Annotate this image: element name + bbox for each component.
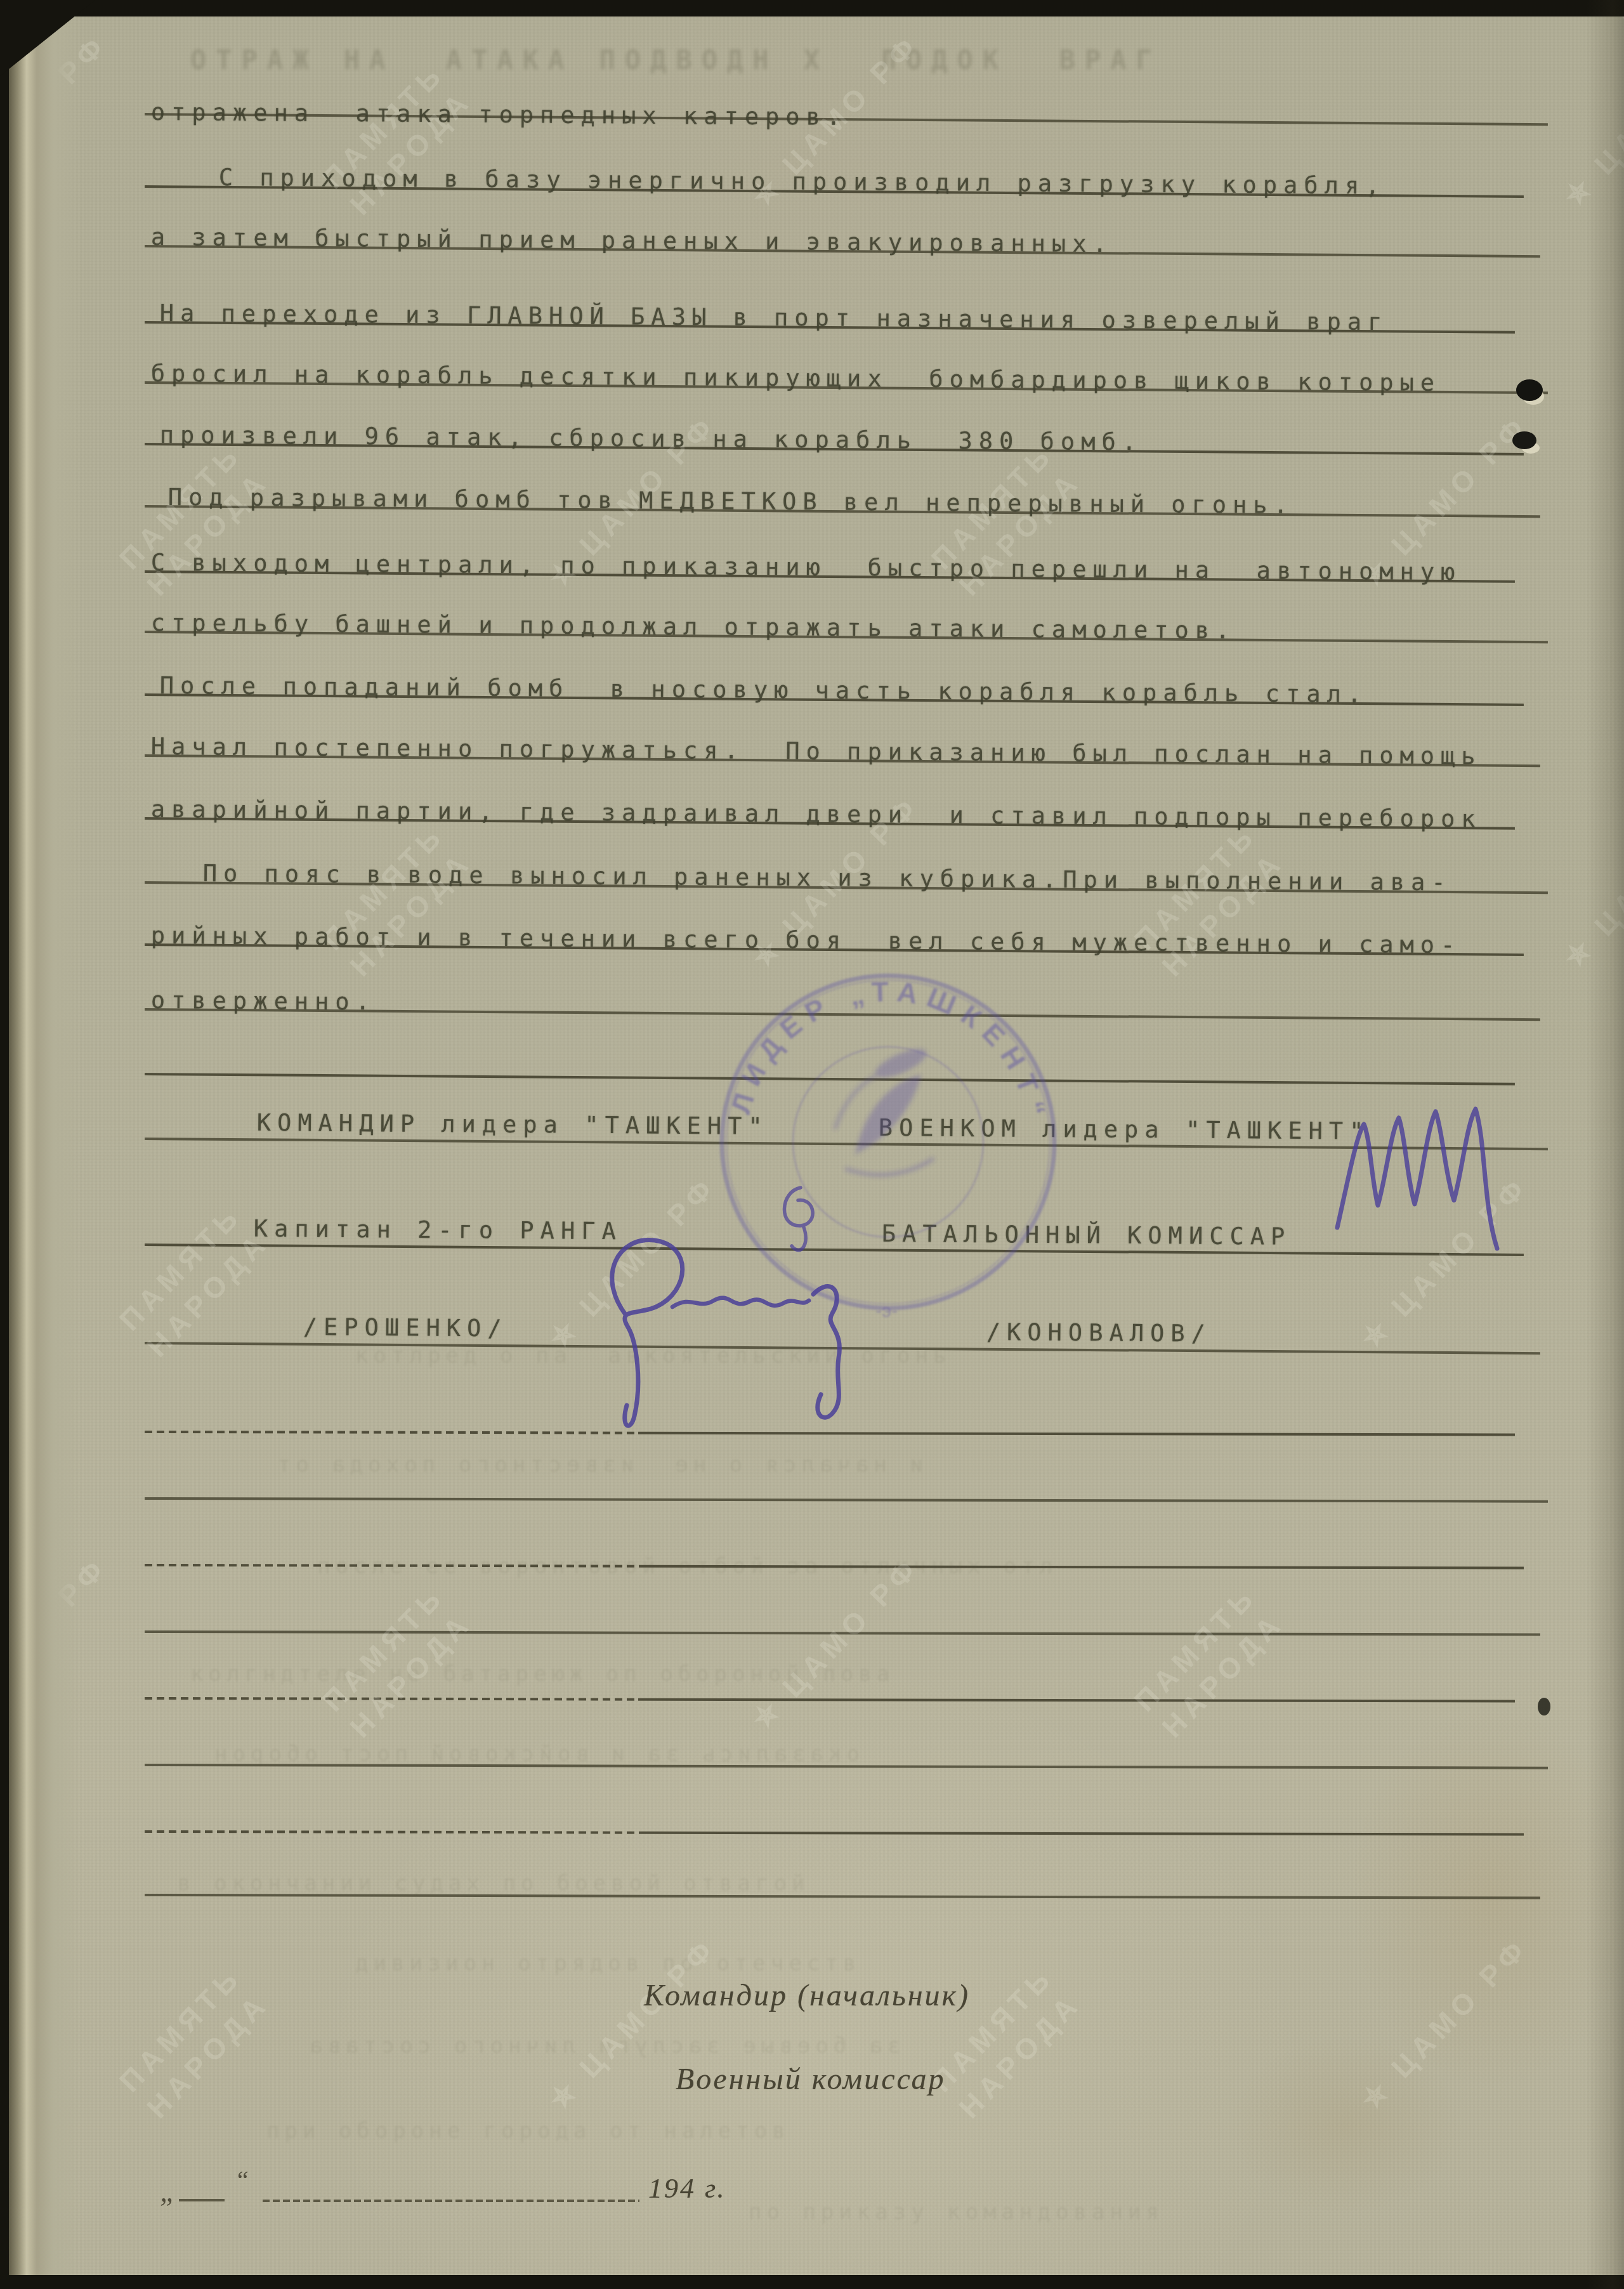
bleed-through-ghost-text: по приказу командования	[749, 2201, 1164, 2223]
bleed-through-ghost-text: оказались за и войсковой пост оборон	[209, 1743, 860, 1765]
scan-shadow-right	[1586, 0, 1624, 2289]
commander-rank: Капитан 2-го РАНГА	[254, 1217, 622, 1244]
commander-name: /ЕРОШЕНКО/	[303, 1315, 508, 1341]
typed-line: отверженно.	[151, 988, 376, 1014]
bleed-through-ghost-text: котлред о па авкоятельский огонь	[355, 1345, 952, 1367]
scan-border-left	[0, 0, 9, 2289]
bleed-through-ghost-text: в окончании судах по боевой отвагой	[178, 1873, 809, 1894]
commander-title: КОМАНДИР лидера "ТАШКЕНТ"	[257, 1111, 769, 1139]
hole-punch	[1512, 431, 1536, 449]
page-spine-edge	[0, 0, 82, 2289]
scan-border-top	[0, 0, 1624, 16]
hole-punch	[1538, 1698, 1550, 1715]
scanned-document: ОТРАЖ НА АТАКА ПОДВОДН Х ЛОДОК ВРАГ котл…	[0, 0, 1624, 2289]
date-fill-line	[263, 2200, 639, 2202]
footer-commander-label: Командир (начальник)	[644, 1978, 970, 2013]
hole-punch	[1516, 379, 1543, 401]
commissar-title: ВОЕНКОМ лидера "ТАШКЕНТ"	[879, 1116, 1370, 1144]
footer-commissar-label: Военный комиссар	[676, 2062, 946, 2097]
bleed-through-ghost-text: и начался о не известного похода от	[273, 1454, 923, 1476]
bleed-through-ghost-text: дивизион отрядов по отечеств	[355, 1953, 861, 1974]
scan-border-bottom	[0, 2275, 1624, 2289]
commissar-name: /КОНОВАЛОВ/	[986, 1320, 1212, 1346]
date-underline	[179, 2199, 225, 2201]
date-close-quote: “	[235, 2165, 249, 2194]
typed-line: отражена атака торпедных катеров.	[151, 100, 848, 130]
bleed-through-ghost-text: при обороне города от налетов	[266, 2120, 790, 2142]
commissar-rank: БАТАЛЬОННЫЙ КОМИССАР	[882, 1222, 1292, 1250]
bleed-through-ghost-text: после ее воронтовой отбой за отличных от…	[317, 1556, 1058, 1577]
date-year: 194 г.	[648, 2172, 726, 2205]
faded-header-text: ОТРАЖ НА АТАКА ПОДВОДН Х ЛОДОК ВРАГ	[190, 47, 1162, 74]
bleed-through-ghost-text: за боевые заслуги личного состава	[304, 2035, 901, 2057]
date-open-quote: „	[160, 2175, 176, 2208]
bleed-through-ghost-text: колгндтеле не батареюж оп обороной пова	[190, 1663, 894, 1685]
